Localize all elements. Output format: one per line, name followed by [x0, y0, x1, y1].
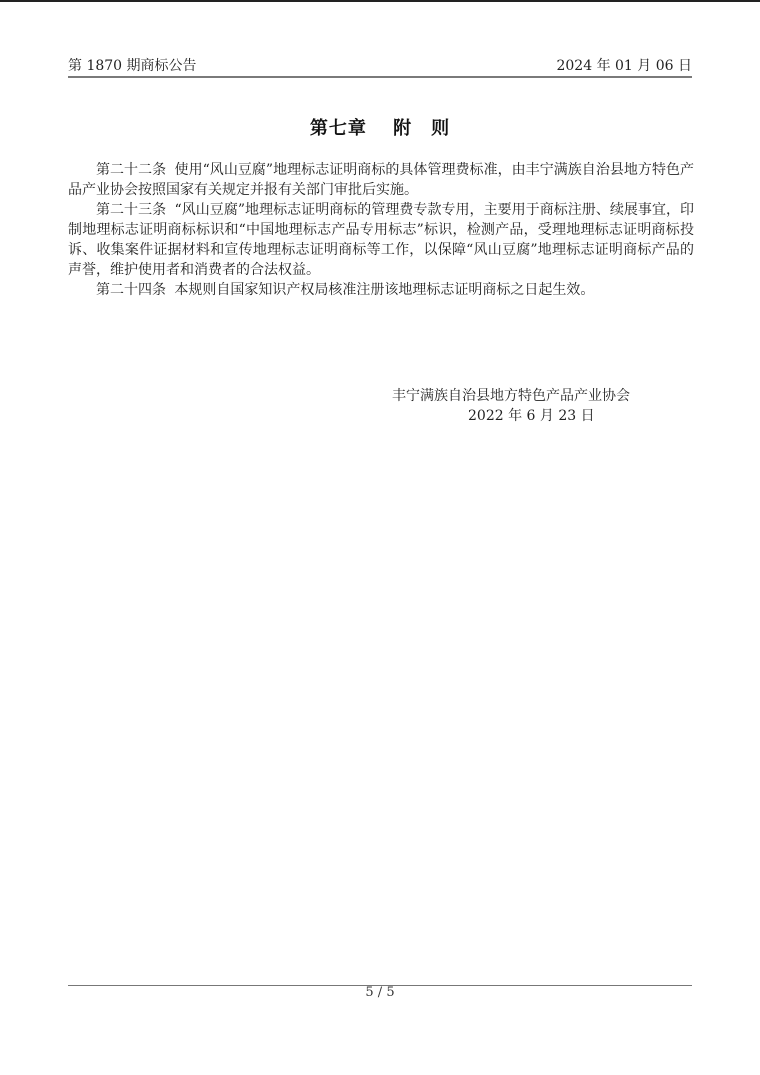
page-header: 第 1870 期商标公告 2024 年 01 月 06 日: [68, 52, 692, 76]
document-body: 第二十二条使用“风山豆腐”地理标志证明商标的具体管理费标准，由丰宁满族自治县地方…: [68, 160, 694, 300]
publication-date: 2024 年 01 月 06 日: [556, 56, 692, 76]
signing-date: 2022 年 6 月 23 日: [380, 406, 680, 426]
header-divider: [68, 76, 692, 78]
page-top-border: [0, 0, 760, 2]
signing-organization: 丰宁满族自治县地方特色产品产业协会: [380, 386, 680, 406]
page-number: 5 / 5: [0, 985, 760, 1001]
article-24: 第二十四条本规则自国家知识产权局核准注册该地理标志证明商标之日起生效。: [68, 280, 694, 300]
issue-label: 第 1870 期商标公告: [68, 56, 197, 76]
article-number: 第二十四条: [96, 282, 166, 298]
article-23: 第二十三条“风山豆腐”地理标志证明商标的管理费专款专用，主要用于商标注册、续展事…: [68, 200, 694, 280]
chapter-title: 第七章 附 则: [0, 114, 760, 140]
article-22: 第二十二条使用“风山豆腐”地理标志证明商标的具体管理费标准，由丰宁满族自治县地方…: [68, 160, 694, 200]
article-number: 第二十二条: [96, 162, 166, 178]
article-number: 第二十三条: [96, 202, 166, 218]
signature-block: 丰宁满族自治县地方特色产品产业协会 2022 年 6 月 23 日: [380, 386, 680, 426]
article-text: 本规则自国家知识产权局核准注册该地理标志证明商标之日起生效。: [174, 282, 594, 298]
